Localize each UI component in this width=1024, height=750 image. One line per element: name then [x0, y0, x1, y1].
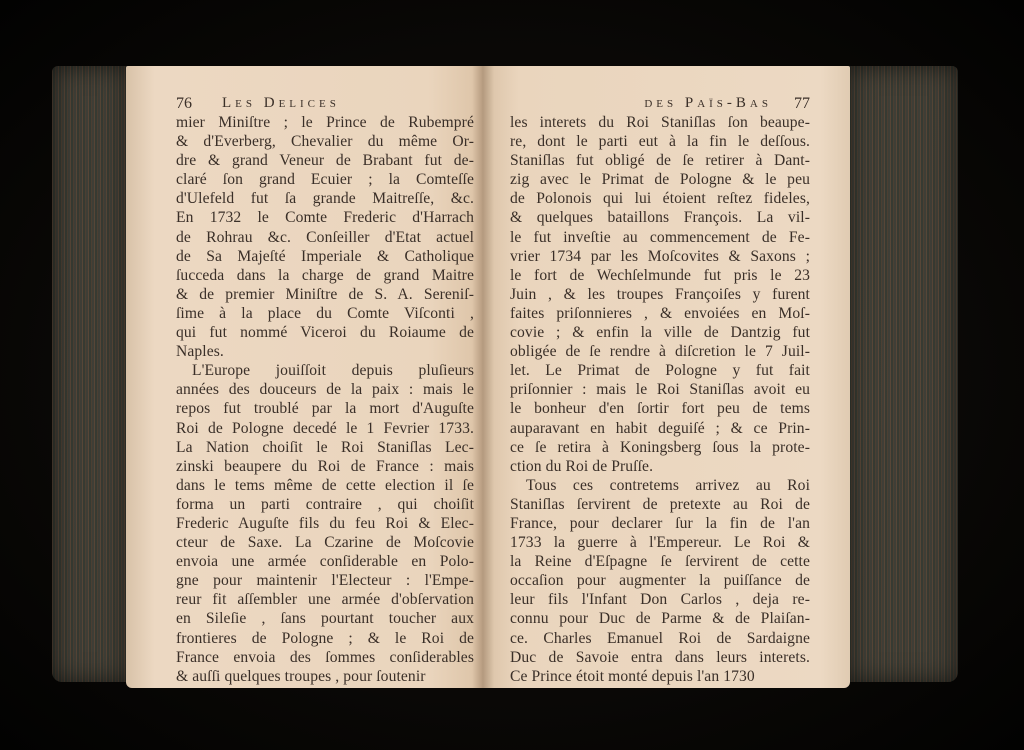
- left-running-header: 76 Les Delices: [176, 94, 474, 113]
- text-line: Tous ces contretems arrivez au Roi: [510, 476, 810, 495]
- right-page-text: des Païs-Bas 77 les interets du Roi Stan…: [510, 94, 810, 686]
- text-line: en Sileſie , ſans pourtant toucher aux: [176, 609, 474, 628]
- text-line: ction du Roi de Pruſſe.: [510, 457, 810, 476]
- text-line: ce. Charles Emanuel Roi de Sardaigne: [510, 629, 810, 648]
- text-line: repos fut troublé par la mort d'Auguſte: [176, 399, 474, 418]
- text-line: La Nation choiſit le Roi Staniſlas Lec-: [176, 438, 474, 457]
- text-line: dre & grand Veneur de Brabant fut de-: [176, 151, 474, 170]
- text-line: reur fit aſſembler une armée d'obſervati…: [176, 590, 474, 609]
- text-line: cteur de Saxe. La Czarine de Moſcovie: [176, 533, 474, 552]
- text-line: qui fut nommé Viceroi du Roiaume de: [176, 323, 474, 342]
- text-line: ce ſe retira à Koningsberg ſous la prote…: [510, 438, 810, 457]
- text-line: le bonheur d'en ſortir fort peu de tems: [510, 399, 810, 418]
- text-line: & quelques bataillons François. La vil-: [510, 208, 810, 227]
- right-running-header: des Païs-Bas 77: [510, 94, 810, 113]
- text-line: Roi de Pologne decedé le 1 Fevrier 1733.: [176, 419, 474, 438]
- text-line: le fut inveſtie au commencement de Fe-: [510, 228, 810, 247]
- text-line: Duc de Savoie entra dans leurs interets.: [510, 648, 810, 667]
- text-line: claré ſon grand Ecuier ; la Comteſſe: [176, 170, 474, 189]
- text-line: & auſſi quelques troupes , pour ſoutenir: [176, 667, 474, 686]
- text-line: ſucceda dans la charge de grand Maitre: [176, 266, 474, 285]
- left-page-number: 76: [176, 94, 192, 113]
- text-line: gne pour maintenir l'Electeur : l'Empe-: [176, 571, 474, 590]
- text-line: 1733 la guerre à l'Empereur. Le Roi &: [510, 533, 810, 552]
- text-line: leur fils l'Infant Don Carlos , deja re-: [510, 590, 810, 609]
- text-line: frontieres de Pologne ; & le Roi de: [176, 629, 474, 648]
- text-line: & de premier Miniſtre de S. A. Sereniſ-: [176, 285, 474, 304]
- left-page-text: 76 Les Delices mier Miniſtre ; le Prince…: [176, 94, 474, 686]
- text-line: auparavant en habit deguiſé ; & ce Prin-: [510, 419, 810, 438]
- text-line: & d'Everberg, Chevalier du même Or-: [176, 132, 474, 151]
- text-line: France, pour declarer ſur la fin de l'an: [510, 514, 810, 533]
- text-line: dans le tems même de cette election il ſ…: [176, 476, 474, 495]
- book-gutter: [472, 66, 494, 688]
- text-line: obligée de ſe rendre à diſcretion le 7 J…: [510, 342, 810, 361]
- text-line: d'Ulefeld fut ſa grande Maitreſſe, &c.: [176, 189, 474, 208]
- text-line: Staniſlas fut obligé de ſe retirer à Dan…: [510, 151, 810, 170]
- text-line: zinski beaupere du Roi de France : mais: [176, 457, 474, 476]
- text-line: faites priſonnieres , & envoiées en Moſ-: [510, 304, 810, 323]
- text-line: L'Europe jouiſſoit depuis pluſieurs: [176, 361, 474, 380]
- text-line: Ce Prince étoit monté depuis l'an 1730: [510, 667, 810, 686]
- text-line: Frederic Auguſte fils du feu Roi & Elec-: [176, 514, 474, 533]
- text-line: de Polonois qui lui étoient reſtez fidel…: [510, 189, 810, 208]
- text-line: forma un parti contraire , qui choiſit: [176, 495, 474, 514]
- left-running-head: Les Delices: [192, 94, 474, 113]
- text-line: Naples.: [176, 342, 474, 361]
- text-line: Staniſlas ſervirent de pretexte au Roi d…: [510, 495, 810, 514]
- text-line: les interets du Roi Staniſlas ſon beaupe…: [510, 113, 810, 132]
- left-text-lines: mier Miniſtre ; le Prince de Rubempré& d…: [176, 113, 474, 686]
- left-page-edges: [52, 66, 128, 682]
- text-line: mier Miniſtre ; le Prince de Rubempré: [176, 113, 474, 132]
- text-line: covie ; & enfin la ville de Dantzig fut: [510, 323, 810, 342]
- text-line: vrier 1734 par les Moſcovites & Saxons ;: [510, 247, 810, 266]
- text-line: occaſion pour augmenter la puiſſance de: [510, 571, 810, 590]
- right-page-edges: [848, 66, 958, 682]
- text-line: ſime à la place du Comte Viſconti ,: [176, 304, 474, 323]
- text-line: connu pour Duc de Parme & de Plaiſan-: [510, 609, 810, 628]
- text-line: de Sa Majeſté Imperiale & Catholique: [176, 247, 474, 266]
- right-page-number: 77: [794, 94, 810, 113]
- text-line: let. Le Primat de Pologne y fut fait: [510, 361, 810, 380]
- text-line: envoia une armée conſiderable en Polo-: [176, 552, 474, 571]
- text-line: la Reine d'Eſpagne ſe ſervirent de cette: [510, 552, 810, 571]
- open-book: 76 Les Delices mier Miniſtre ; le Prince…: [40, 62, 970, 702]
- right-text-lines: les interets du Roi Staniſlas ſon beaupe…: [510, 113, 810, 686]
- text-line: zig avec le Primat de Pologne & le peu: [510, 170, 810, 189]
- text-line: re, dont le parti eut à la fin le deſſou…: [510, 132, 810, 151]
- text-line: priſonnier : mais le Roi Staniſlas avoit…: [510, 380, 810, 399]
- text-line: France envoia des ſommes conſiderables: [176, 648, 474, 667]
- right-running-head: des Païs-Bas: [510, 94, 794, 113]
- text-line: En 1732 le Comte Frederic d'Harrach: [176, 208, 474, 227]
- text-line: années des douceurs de la paix : mais le: [176, 380, 474, 399]
- text-line: de Rohrau &c. Conſeiller d'Etat actuel: [176, 228, 474, 247]
- text-line: Juin , & les troupes Françoiſes y furent: [510, 285, 810, 304]
- text-line: le fort de Wechſelmunde fut pris le 23: [510, 266, 810, 285]
